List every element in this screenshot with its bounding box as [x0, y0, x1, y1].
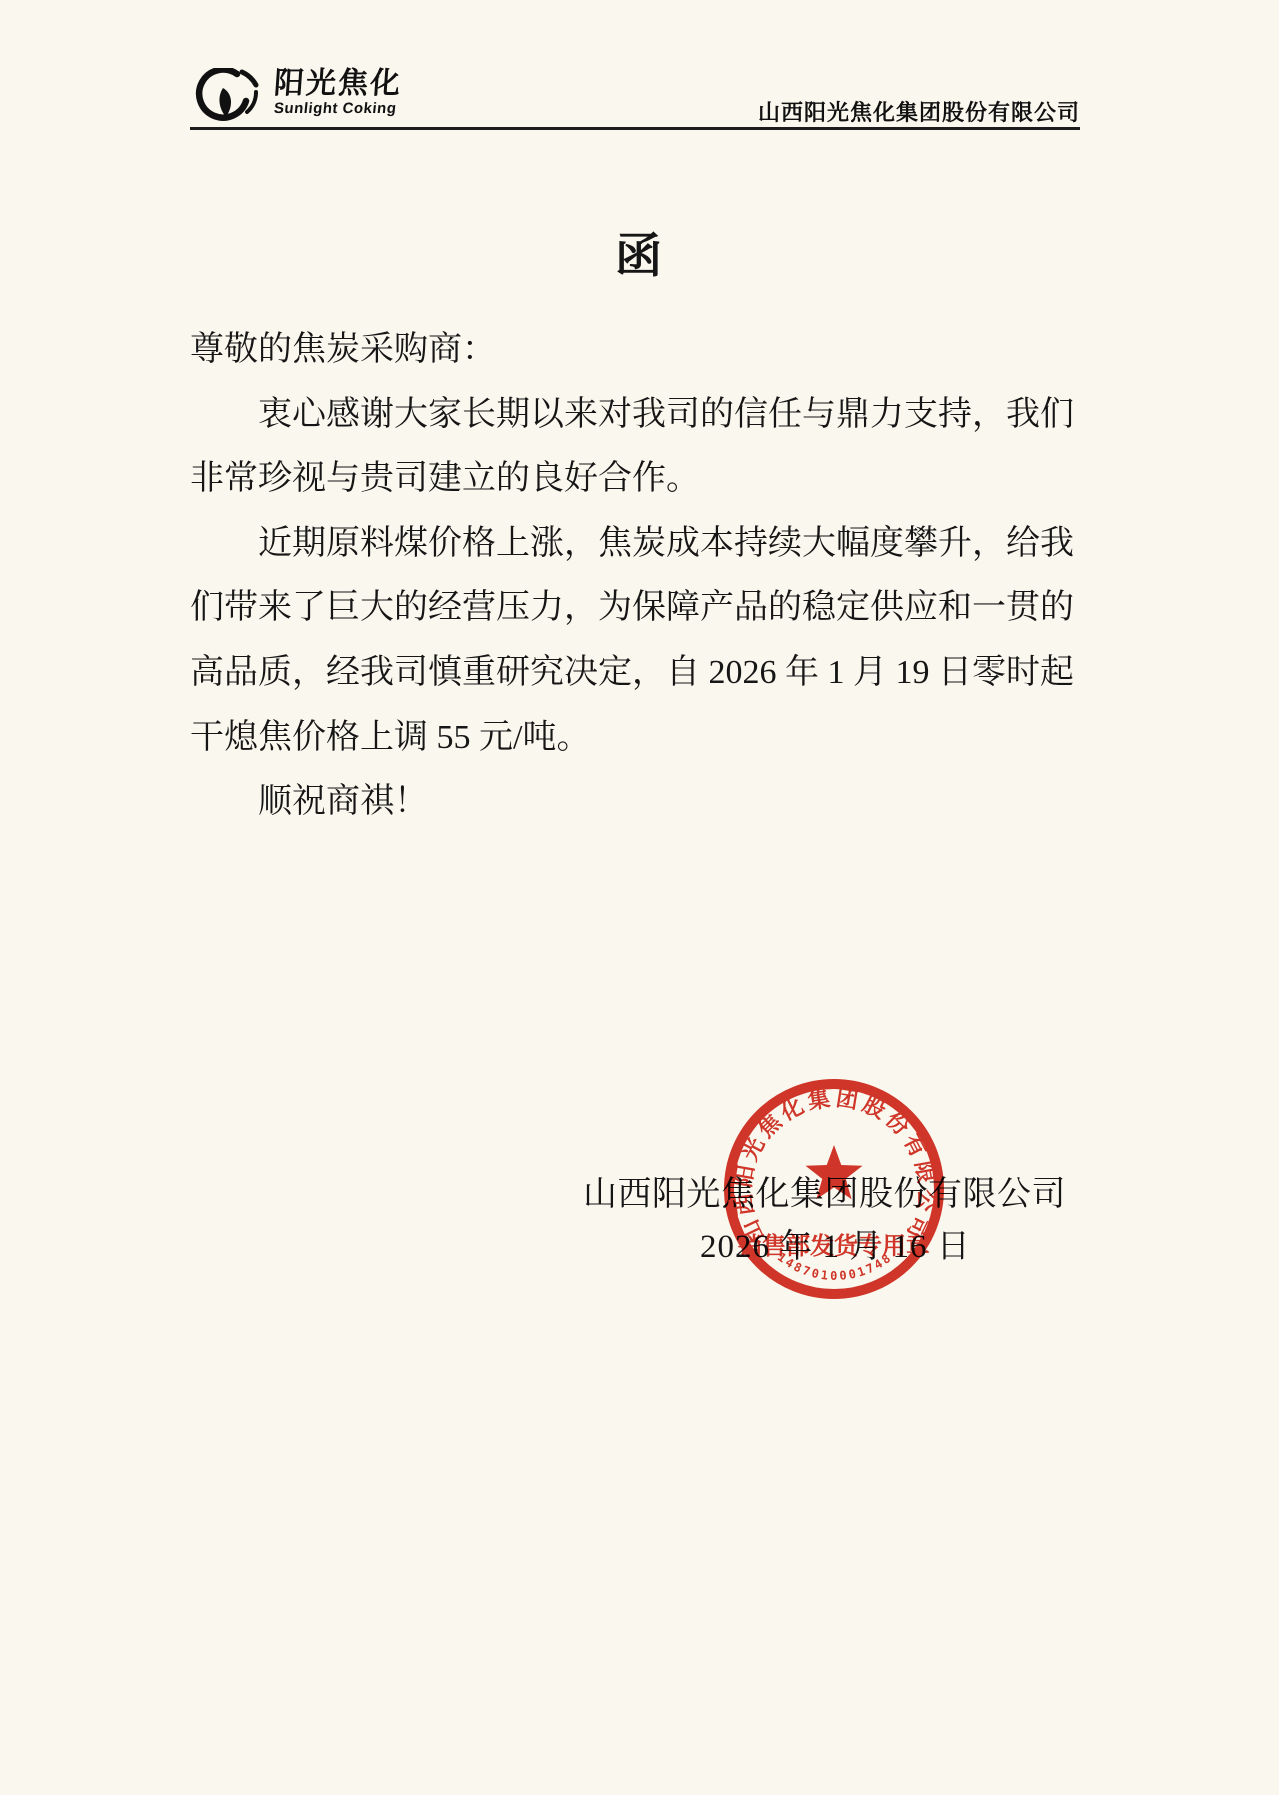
- body-line: 衷心感谢大家长期以来对我司的信任与鼎力支持，我们: [190, 383, 1090, 448]
- signature-date: 2026 年 1 月 16 日: [700, 1220, 971, 1267]
- header-rule: [190, 127, 1080, 130]
- header-company-name: 山西阳光焦化集团股份有限公司: [758, 96, 1080, 127]
- logo-name-cn: 阳光焦化: [273, 68, 403, 100]
- signature-company: 山西阳光焦化集团股份有限公司: [583, 1166, 1066, 1215]
- body-line: 干熄焦价格上调 55 元/吨。: [190, 706, 1090, 771]
- logo-name-en: Sunlight Coking: [273, 100, 403, 117]
- closing-phrase: 顺祝商祺！: [190, 770, 1090, 835]
- body-line: 近期原料煤价格上涨，焦炭成本持续大幅度攀升，给我: [190, 512, 1090, 577]
- letter-page: 阳光焦化 Sunlight Coking 山西阳光焦化集团股份有限公司 函 尊敬…: [0, 0, 1279, 1795]
- letter-body: 尊敬的焦炭采购商： 衷心感谢大家长期以来对我司的信任与鼎力支持，我们 非常珍视与…: [190, 318, 1090, 835]
- body-line: 们带来了巨大的经营压力，为保障产品的稳定供应和一贯的: [190, 576, 1090, 641]
- sunlight-coking-logo-icon: [190, 68, 266, 126]
- body-line: 高品质，经我司慎重研究决定，自 2026 年 1 月 19 日零时起: [190, 641, 1090, 706]
- letter-title: 函: [0, 219, 1279, 286]
- salutation: 尊敬的焦炭采购商：: [190, 318, 1090, 383]
- company-logo: 阳光焦化 Sunlight Coking: [190, 68, 402, 126]
- body-line: 非常珍视与贵司建立的良好合作。: [190, 447, 1090, 512]
